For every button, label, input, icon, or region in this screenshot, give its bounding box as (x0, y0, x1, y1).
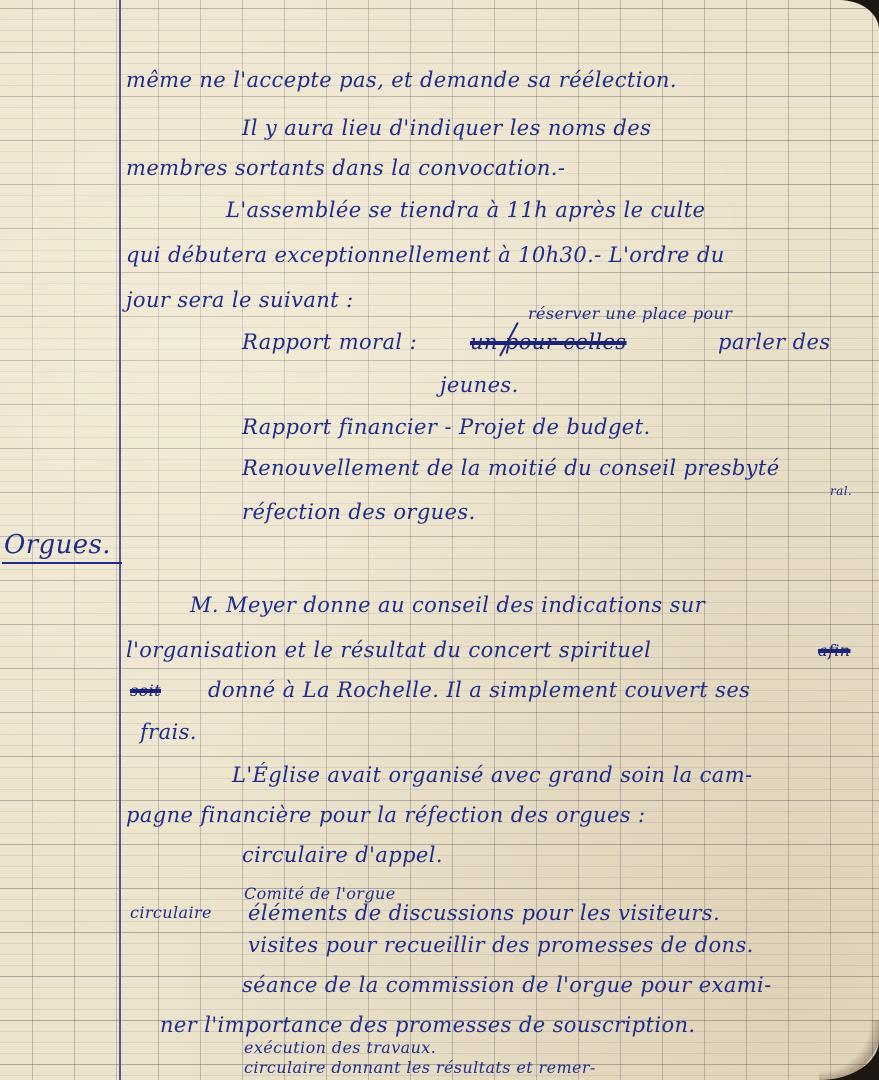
margin-rule (119, 0, 121, 1080)
insertion-text: réserver une place pour (528, 306, 732, 322)
insertion-text: Comité de l'orgue (244, 886, 396, 902)
text-line-16: L'Église avait organisé avec grand soin … (232, 765, 753, 786)
campaign-item-4-cont: ner l'importance des promesses de souscr… (160, 1015, 696, 1036)
campaign-item-4: séance de la commission de l'orgue pour … (242, 975, 772, 996)
text-line-3: membres sortants dans la convocation.- (126, 158, 565, 179)
agenda-item-rapport-financier: Rapport financier - Projet de budget. (242, 417, 651, 438)
agenda-item-renouvellement: Renouvellement de la moitié du conseil p… (242, 458, 780, 479)
campaign-item-5: exécution des travaux. (244, 1040, 436, 1056)
campaign-item-1: circulaire d'appel. (242, 845, 443, 866)
text-line-12: M. Meyer donne au conseil des indication… (190, 595, 705, 616)
text-line-17: pagne financière pour la réfection des o… (126, 805, 646, 826)
agenda-item-rapport-moral: Rapport moral : (242, 332, 417, 353)
margin-note-circulaire: circulaire (130, 905, 212, 921)
text-line-5: qui débutera exceptionnellement à 10h30.… (126, 245, 725, 266)
text-line-8: jeunes. (440, 375, 519, 396)
text-line-4: L'assemblée se tiendra à 11h après le cu… (226, 200, 705, 221)
struck-out-text: afin (818, 643, 850, 659)
campaign-item-3: visites pour recueillir des promesses de… (248, 935, 754, 956)
word-continuation: ral. (830, 485, 852, 497)
text-line-2: Il y aura lieu d'indiquer les noms des (242, 118, 651, 139)
heading-underline (2, 562, 122, 564)
section-heading-orgues: Orgues. (4, 532, 111, 558)
page-corner-shadow (819, 1020, 879, 1080)
struck-out-text: soit (130, 683, 161, 699)
notebook-page: même ne l'accepte pas, et demande sa réé… (0, 0, 879, 1080)
agenda-item-refection: réfection des orgues. (242, 502, 476, 523)
struck-out-text: un pour celles (470, 332, 626, 353)
campaign-item-6: circulaire donnant les résultats et reme… (244, 1060, 596, 1076)
text-line-15: frais. (140, 722, 197, 743)
text-line-13: l'organisation et le résultat du concert… (126, 640, 651, 661)
campaign-item-2: éléments de discussions pour les visiteu… (248, 903, 720, 924)
text-line-6: jour sera le suivant : (126, 290, 354, 311)
text-line-14: donné à La Rochelle. Il a simplement cou… (208, 680, 750, 701)
text-line-7b: parler des (718, 332, 831, 353)
text-line-1: même ne l'accepte pas, et demande sa réé… (126, 70, 677, 91)
